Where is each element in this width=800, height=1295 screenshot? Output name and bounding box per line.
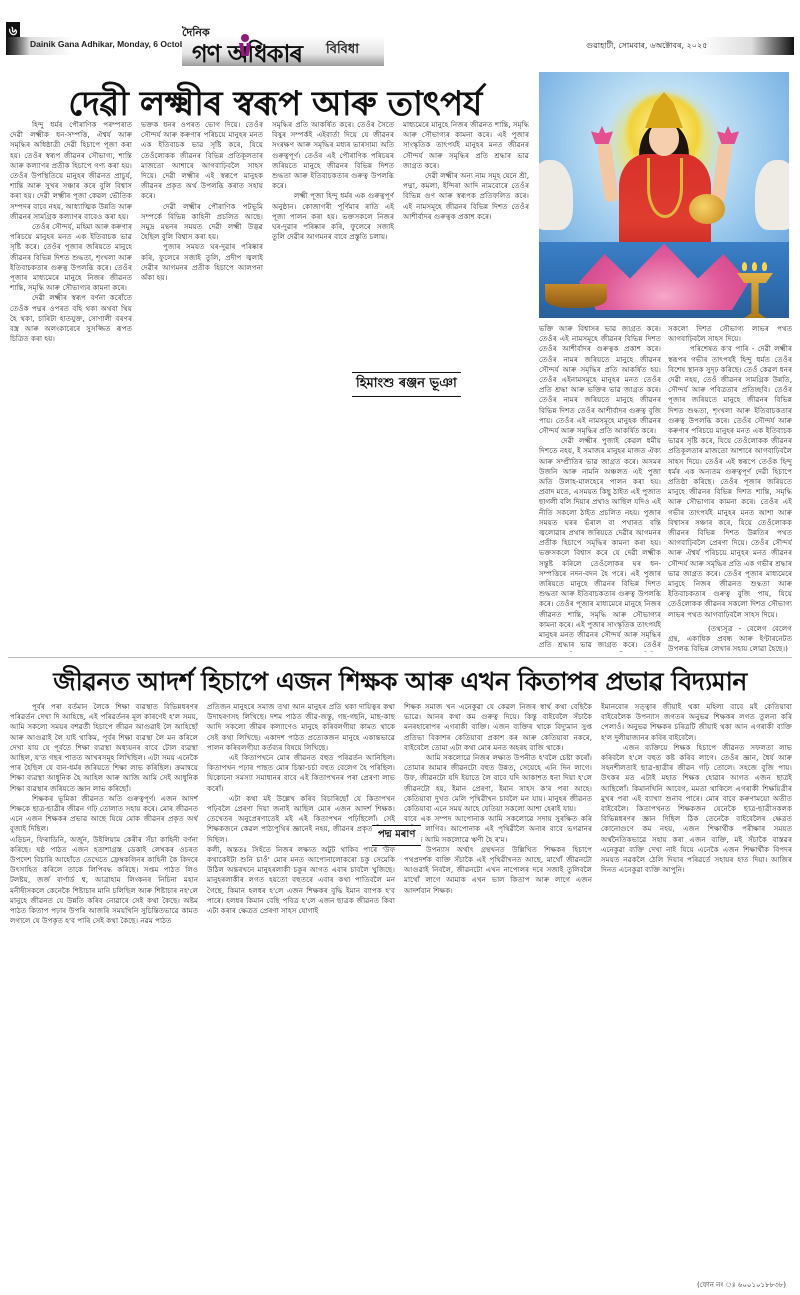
section-name: বিবিধা (326, 40, 359, 61)
paragraph: প্ৰতিজন মানুহৰে সমাজ তথা আন মানুহৰ প্ৰতি… (207, 702, 395, 753)
arm-left-shape (597, 141, 619, 202)
article2-column-1: পূৰ্বৰ পৰা বৰ্তমান লৈকে শিক্ষা ব্যৱস্থাত… (10, 702, 198, 1292)
section-divider (8, 657, 792, 658)
paragraph: ইমানবোৰ সত্ত্বাৰ জীয়াই থকা মহিলা বাবে ম… (601, 702, 792, 743)
flame-icon (742, 262, 747, 271)
lotus-right-icon (717, 126, 739, 144)
paragraph: পূৰ্বৰ পৰা বৰ্তমান লৈকে শিক্ষা ব্যৱস্থাত… (10, 702, 198, 794)
paragraph: এই কিতাপখনে মোৰ জীৱনত বহুত পৰিৱৰ্তন আনিছ… (207, 753, 395, 794)
paragraph: দেৱী লক্ষ্মীৰ স্বৰূপ বৰ্ণনা কৰোঁতে তেওঁক… (10, 293, 132, 344)
elephant-right-shape (755, 160, 789, 230)
article1-column-5: ভক্তি আৰু বিশ্বাসৰ ভাৱ জাগ্ৰত কৰে। তেওঁৰ… (539, 324, 661, 652)
paragraph: শিক্ষকৰ ভূমিকা জীৱনত অতি গুৰুত্বপূৰ্ণ। এ… (10, 794, 198, 835)
paragraph: পৰিশেষত ক'ব পাৰি - দেৱী লক্ষ্মীৰ স্বৰূপৰ… (668, 344, 792, 619)
article2-headline: জীৱনত আদৰ্শ হিচাপে এজন শিক্ষক আৰু এখন কি… (0, 662, 800, 705)
article1-column-2: ভক্তক ধনৰ ওপৰত ভোগ দিয়ে। তেওঁৰ সৌন্দৰ্য… (141, 120, 263, 652)
paragraph: হিন্দু ধৰ্মৰ পৌৰাণিক পৰম্পৰাত দেৱী লক্ষ্… (10, 120, 132, 222)
paragraph: শিক্ষক সমাজ খন এনেকুৱা যে কেৱল নিজৰ স্বা… (404, 702, 592, 753)
article2-column-3: শিক্ষক সমাজ খন এনেকুৱা যে কেৱল নিজৰ স্বা… (404, 702, 592, 1278)
paragraph: দেৱী লক্ষ্মীৰ পৌৰাণিক পটভূমি সম্পৰ্কে বি… (141, 202, 263, 243)
article1-column-1: হিন্দু ধৰ্মৰ পৌৰাণিক পৰম্পৰাত দেৱী লক্ষ্… (10, 120, 132, 652)
phone-number: (ফোন নং ঃ ৬০০১০১৮৮৩৮) (697, 1279, 786, 1291)
offering-bowl-shape (545, 284, 607, 308)
paragraph: বাবে এক সম্পদ আপোনাক আমি সকলোৱে সদায় সু… (404, 814, 592, 845)
gold-pot-icon (689, 194, 725, 224)
logo-person-icon (238, 34, 252, 56)
article1-column-6: সকলো দিশত সৌভাগ্য লাভৰ পথত আগবাঢ়িবলৈ সা… (668, 324, 792, 652)
paragraph: ভক্তি আৰু বিশ্বাসৰ ভাৱ জাগ্ৰত কৰে। তেওঁৰ… (539, 324, 661, 436)
necklace-shape (647, 158, 683, 218)
article1-author: হিমাংশু ৰঞ্জন ভূঞা (352, 372, 461, 397)
flame-icon (752, 262, 757, 271)
article2-author: পদ্ম মৰাণ (372, 825, 421, 846)
paragraph: মাধ্যমেৰে মানুহে নিজৰ জীৱনত শান্তি, সমৃদ… (403, 120, 529, 171)
paragraph: লক্ষ্মী পূজা হিন্দু ধৰ্মৰ এক গুৰুত্বপূৰ্… (272, 191, 394, 242)
assamese-dateline-bar: গুৱাহাটী, সোমবাৰ, ৬অক্টোবৰ, ২০২৫ (560, 37, 794, 55)
arm-right-shape (711, 141, 733, 202)
elephant-left-shape (539, 160, 573, 230)
assamese-dateline: গুৱাহাটী, সোমবাৰ, ৬অক্টোবৰ, ২০২৫ (586, 40, 707, 53)
paragraph: এড়িচন, ফিৰাডিনি, অৰ্জুন, উইলিয়াম কেৰীৰ… (10, 835, 198, 927)
flame-icon (762, 262, 767, 271)
source-note: (তথ্যসূত্ৰ - বেলেগ বেলেগ গ্ৰন্থ, একাধিক … (668, 624, 792, 652)
paragraph: ভক্তক ধনৰ ওপৰত ভোগ দিয়ে। তেওঁৰ সৌন্দৰ্য… (141, 120, 263, 202)
paragraph: কলী, অন্ততঃ সিহঁতে নিজৰ লক্ষ্যত অটুট থাক… (207, 845, 395, 916)
paragraph: উপন্যাস অৰ্থাৎ গ্ৰন্থখনত উল্লিখিত শিক্ষক… (404, 845, 592, 896)
paragraph: এটা কথা মই উল্লেখ কৰিব বিচাৰিছোঁ যে কিতা… (207, 794, 395, 845)
lakshmi-image (539, 72, 789, 318)
article2-column-2: প্ৰতিজন মানুহৰে সমাজ তথা আন মানুহৰ প্ৰতি… (207, 702, 395, 1292)
paragraph: সমৃদ্ধিৰ প্ৰতি আকৰ্ষিত কৰে। তেওঁৰ সৈতে ব… (272, 120, 394, 191)
english-dateline-bar: Dainik Gana Adhikar, Monday, 6 October, … (6, 37, 176, 55)
paragraph: সকলো দিশত সৌভাগ্য লাভৰ পথত আগবাঢ়িবলৈ সা… (668, 324, 792, 344)
paragraph: এজন ব্যক্তিয়ে শিক্ষক হিচাপে জীৱনত সফলতা… (601, 743, 792, 876)
paragraph: আমি সকলোৱে নিজৰ লক্ষ্যত উপনীত হ'বলৈ চেষ্… (404, 753, 592, 814)
paragraph: দেৱী লক্ষ্মীৰ পুজাই কেৱল ধৰ্মীয় দিশতে ন… (539, 436, 661, 652)
paragraph: তেওঁৰ সৌন্দৰ্য, মহিমা আৰু কৰুণাৰ পৰিচয়ে… (10, 222, 132, 293)
masthead: ৬ Dainik Gana Adhikar, Monday, 6 October… (0, 0, 800, 66)
paragraph: দেৱী লক্ষ্মীৰ অন্য নাম সমূহ যেনে শ্ৰী, প… (403, 171, 529, 222)
paragraph: পুজাৰ সময়ত ঘৰ-দুৱাৰ পৰিষ্কাৰ কৰি, ফুলেৰ… (141, 242, 263, 283)
article2-column-4: ইমানবোৰ সত্ত্বাৰ জীয়াই থকা মহিলা বাবে ম… (601, 702, 792, 1278)
lotus-left-icon (591, 126, 613, 144)
